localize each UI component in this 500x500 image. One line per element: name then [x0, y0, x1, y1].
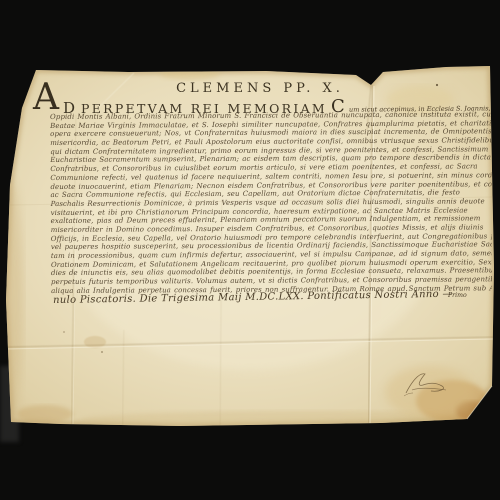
- papal-title: CLEMENS PP. X.: [150, 81, 370, 96]
- salutation-dropcap-a: A: [33, 80, 59, 116]
- body-text-block: Oppidi Montis Albani, Ordinis Fratrum Mi…: [50, 110, 492, 295]
- document-text: CLEMENS PP. X. A D PERPETVAM REI MEMORIA…: [0, 0, 500, 500]
- photograph-of-parchment: CLEMENS PP. X. A D PERPETVAM REI MEMORIA…: [0, 0, 500, 500]
